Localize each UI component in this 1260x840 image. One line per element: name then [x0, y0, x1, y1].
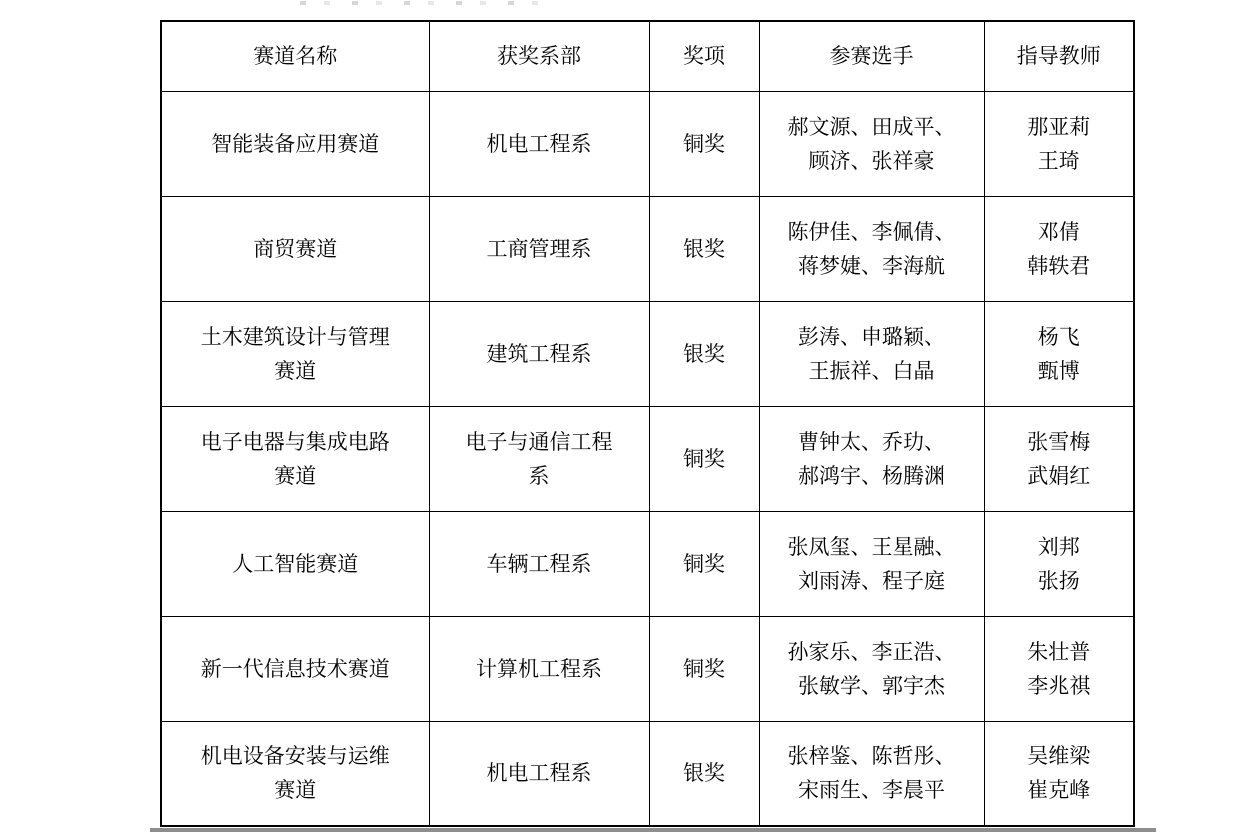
- award-cell: 铜奖: [649, 511, 759, 616]
- award-cell: 银奖: [649, 301, 759, 406]
- contestants-cell: 陈伊佳、李佩倩、蒋梦婕、李海航: [759, 196, 984, 301]
- teachers-cell: 那亚莉王琦: [984, 91, 1134, 196]
- table-row: 机电设备安装与运维赛道 机电工程系 银奖 张梓鉴、陈哲彤、宋雨生、李晨平 吴维梁…: [161, 721, 1134, 826]
- teachers-cell: 朱壮普李兆祺: [984, 616, 1134, 721]
- award-cell: 银奖: [649, 721, 759, 826]
- contestants-cell: 张梓鉴、陈哲彤、宋雨生、李晨平: [759, 721, 984, 826]
- teachers-cell: 张雪梅武娟红: [984, 406, 1134, 511]
- department-cell: 车辆工程系: [429, 511, 649, 616]
- header-track: 赛道名称: [161, 21, 429, 91]
- department-cell: 电子与通信工程系: [429, 406, 649, 511]
- header-department: 获奖系部: [429, 21, 649, 91]
- contestants-cell: 张凤玺、王星融、刘雨涛、程子庭: [759, 511, 984, 616]
- header-award: 奖项: [649, 21, 759, 91]
- table-row: 智能装备应用赛道 机电工程系 铜奖 郝文源、田成平、顾济、张祥豪 那亚莉王琦: [161, 91, 1134, 196]
- table-row: 商贸赛道 工商管理系 银奖 陈伊佳、李佩倩、蒋梦婕、李海航 邓倩韩轶君: [161, 196, 1134, 301]
- department-cell: 建筑工程系: [429, 301, 649, 406]
- teachers-cell: 邓倩韩轶君: [984, 196, 1134, 301]
- awards-table-container: 赛道名称 获奖系部 奖项 参赛选手 指导教师 智能装备应用赛道 机电工程系 铜奖…: [160, 20, 1135, 827]
- track-cell: 人工智能赛道: [161, 511, 429, 616]
- department-cell: 机电工程系: [429, 721, 649, 826]
- contestants-cell: 孙家乐、李正浩、张敏学、郭宇杰: [759, 616, 984, 721]
- header-teachers: 指导教师: [984, 21, 1134, 91]
- header-row: 赛道名称 获奖系部 奖项 参赛选手 指导教师: [161, 21, 1134, 91]
- teachers-cell: 吴维梁崔克峰: [984, 721, 1134, 826]
- awards-table: 赛道名称 获奖系部 奖项 参赛选手 指导教师 智能装备应用赛道 机电工程系 铜奖…: [160, 20, 1135, 827]
- teachers-cell: 刘邦张扬: [984, 511, 1134, 616]
- track-cell: 智能装备应用赛道: [161, 91, 429, 196]
- clipped-title-fragment: [300, 1, 548, 5]
- award-cell: 铜奖: [649, 91, 759, 196]
- department-cell: 机电工程系: [429, 91, 649, 196]
- track-cell: 土木建筑设计与管理赛道: [161, 301, 429, 406]
- contestants-cell: 曹钟太、乔玏、郝鸿宇、杨腾渊: [759, 406, 984, 511]
- teachers-cell: 杨飞甄博: [984, 301, 1134, 406]
- contestants-cell: 彭涛、申璐颖、王振祥、白晶: [759, 301, 984, 406]
- track-cell: 商贸赛道: [161, 196, 429, 301]
- header-contestants: 参赛选手: [759, 21, 984, 91]
- table-row: 新一代信息技术赛道 计算机工程系 铜奖 孙家乐、李正浩、张敏学、郭宇杰 朱壮普李…: [161, 616, 1134, 721]
- table-row: 人工智能赛道 车辆工程系 铜奖 张凤玺、王星融、刘雨涛、程子庭 刘邦张扬: [161, 511, 1134, 616]
- track-cell: 新一代信息技术赛道: [161, 616, 429, 721]
- award-cell: 银奖: [649, 196, 759, 301]
- contestants-cell: 郝文源、田成平、顾济、张祥豪: [759, 91, 984, 196]
- award-cell: 铜奖: [649, 406, 759, 511]
- track-cell: 电子电器与集成电路赛道: [161, 406, 429, 511]
- page-bottom-edge: [150, 828, 1156, 832]
- department-cell: 工商管理系: [429, 196, 649, 301]
- track-cell: 机电设备安装与运维赛道: [161, 721, 429, 826]
- table-row: 电子电器与集成电路赛道 电子与通信工程系 铜奖 曹钟太、乔玏、郝鸿宇、杨腾渊 张…: [161, 406, 1134, 511]
- award-cell: 铜奖: [649, 616, 759, 721]
- table-row: 土木建筑设计与管理赛道 建筑工程系 银奖 彭涛、申璐颖、王振祥、白晶 杨飞甄博: [161, 301, 1134, 406]
- document-page: 赛道名称 获奖系部 奖项 参赛选手 指导教师 智能装备应用赛道 机电工程系 铜奖…: [0, 0, 1260, 840]
- department-cell: 计算机工程系: [429, 616, 649, 721]
